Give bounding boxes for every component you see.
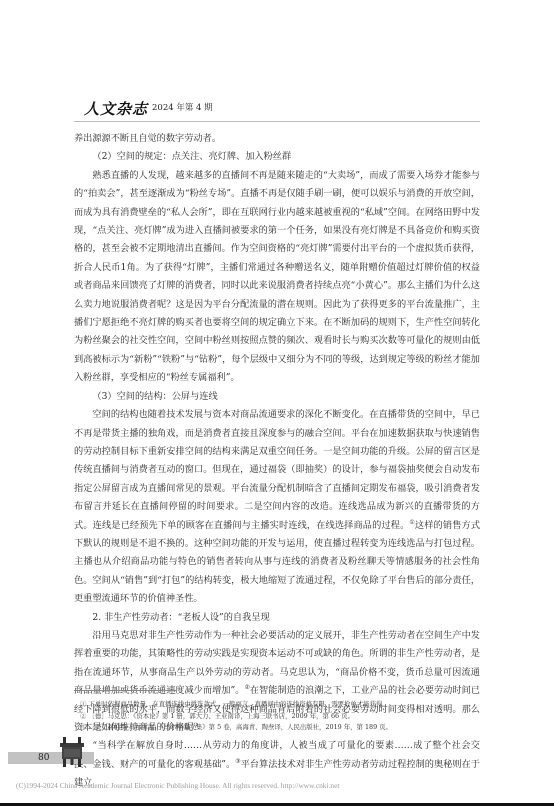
- copyright-notice: (C)1994-2024 China Academic Journal Elec…: [16, 781, 339, 790]
- footnote-1: ① 下单时依据商品数量，在直播连线中挑选款式。一般而言，直播间中的连线资格有限，…: [80, 699, 480, 711]
- paragraph: 空间的结构也随着技术发展与资本对商品流通要求的深化不断变化。在直播带货的空间中，…: [74, 406, 480, 608]
- header-divider: [74, 121, 480, 122]
- article-body: 养出源源不断且自觉的数字劳动者。 （2）空间的规定：点关注、亮灯牌、加入粉丝群 …: [74, 130, 480, 793]
- running-header: 人文杂志 2024 年第 4 期: [84, 98, 480, 120]
- page-number: 80: [38, 752, 49, 764]
- footnote-2: ② ［德］马克思：《资本论》第 1 册，郭大力、王亚南译，上海三联书店，2009…: [80, 711, 480, 723]
- footnotes: ① 下单时依据商品数量，在直播连线中挑选款式。一般而言，直播间中的连线资格有限，…: [80, 699, 480, 734]
- paragraph: 熟悉直播的人发现，越来越多的直播间不再是随来随走的“大卖场”，而成了需要入场券才…: [74, 167, 480, 388]
- paragraph-continuation: 养出源源不断且自觉的数字劳动者。: [74, 130, 480, 148]
- ding-vessel-icon: [57, 736, 87, 768]
- issue-label: 2024 年第 4 期: [152, 101, 213, 113]
- footnote-3: ③ ［美］赫伯特·马尔库塞：《马尔库塞文集》第 5 卷，高海青、陶焘译，人民出版…: [80, 722, 480, 734]
- section-heading: 2. 非生产性劳动者：“老板人设”的自我呈现: [74, 609, 480, 627]
- section-heading: （2）空间的规定：点关注、亮灯牌、加入粉丝群: [74, 148, 480, 166]
- footnote-divider: [74, 690, 176, 691]
- journal-logo: 人文杂志: [84, 98, 148, 119]
- section-heading: （3）空间的结构：公屏与连线: [74, 388, 480, 406]
